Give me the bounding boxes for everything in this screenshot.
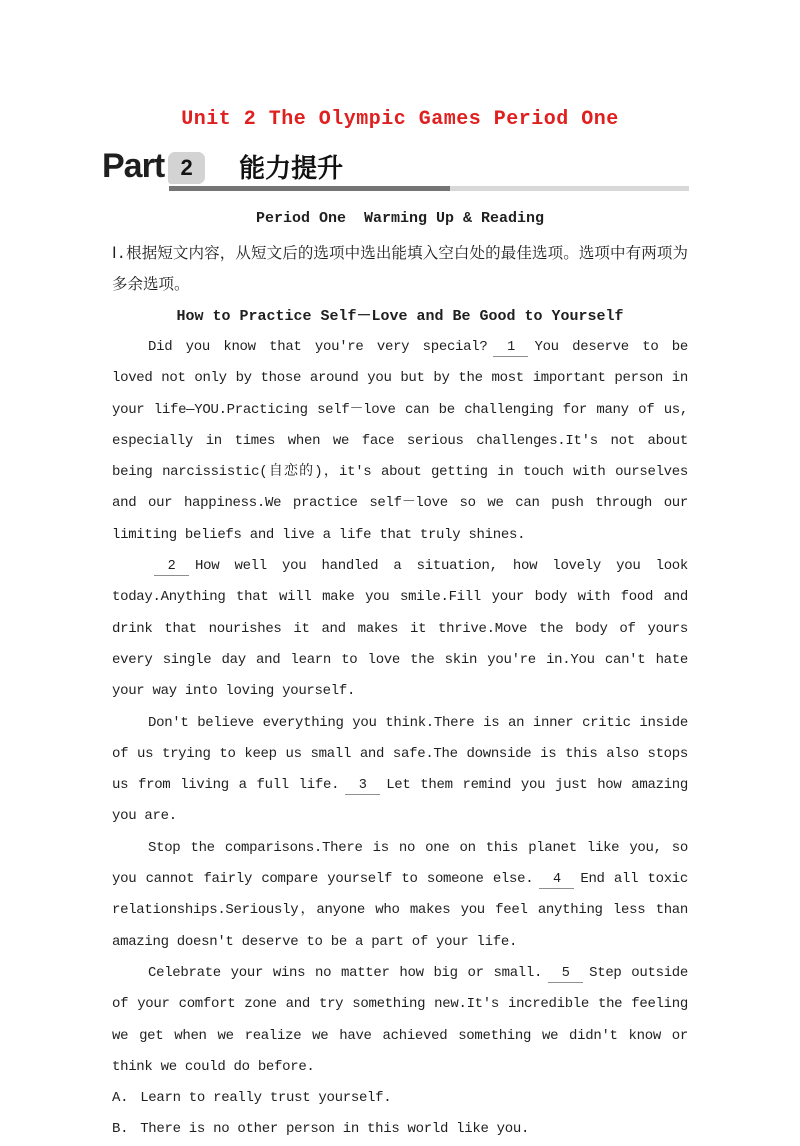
paragraph-2-post: How well you handled a situation, how lo… — [112, 558, 688, 699]
blank-3: 3 — [345, 778, 380, 795]
part-heading: 能力提升 — [239, 156, 343, 183]
part-label: Part — [102, 149, 164, 183]
paragraph-3: Don't believe everything you think.There… — [112, 708, 688, 833]
section-heading: Period One Warming Up & Reading — [112, 208, 688, 230]
part-header: Part 2 能力提升 — [102, 149, 688, 191]
paragraph-5-post: Step outside of your comfort zone and tr… — [112, 965, 688, 1075]
page-title: Unit 2 The Olympic Games Period One — [112, 108, 688, 132]
option-b-label: B. — [112, 1121, 128, 1137]
paragraph-4: Stop the comparisons.There is no one on … — [112, 833, 688, 958]
blank-2: 2 — [154, 559, 189, 576]
option-a: A.Learn to really trust yourself. — [112, 1083, 688, 1114]
option-b: B.There is no other person in this world… — [112, 1114, 688, 1145]
paragraph-2: 2How well you handled a situation, how l… — [112, 551, 688, 707]
options-list: A.Learn to really trust yourself. B.Ther… — [112, 1083, 688, 1146]
blank-1: 1 — [493, 340, 528, 357]
paragraph-5: Celebrate your wins no matter how big or… — [112, 958, 688, 1083]
part-header-row: Part 2 能力提升 — [102, 149, 688, 183]
blank-4: 4 — [539, 872, 574, 889]
part-number-badge: 2 — [168, 152, 205, 184]
passage-title: How to Practice Self－Love and Be Good to… — [112, 301, 688, 332]
passage-body: Did you know that you're very special?1Y… — [112, 332, 688, 1083]
paragraph-1-post: You deserve to be loved not only by thos… — [112, 339, 688, 543]
option-a-label: A. — [112, 1090, 128, 1106]
part-number: 2 — [181, 155, 193, 181]
instruction-text: Ⅰ.根据短文内容，从短文后的选项中选出能填入空白处的最佳选项。选项中有两项为多余… — [112, 239, 688, 301]
option-b-text: There is no other person in this world l… — [140, 1121, 529, 1137]
paragraph-1: Did you know that you're very special?1Y… — [112, 332, 688, 551]
paragraph-1-pre: Did you know that you're very special? — [148, 339, 487, 355]
paragraph-5-pre: Celebrate your wins no matter how big or… — [148, 965, 542, 981]
part-divider-bar — [169, 186, 689, 191]
option-a-text: Learn to really trust yourself. — [140, 1090, 391, 1106]
blank-5: 5 — [548, 966, 583, 983]
document-page: Unit 2 The Olympic Games Period One Part… — [112, 0, 688, 1146]
